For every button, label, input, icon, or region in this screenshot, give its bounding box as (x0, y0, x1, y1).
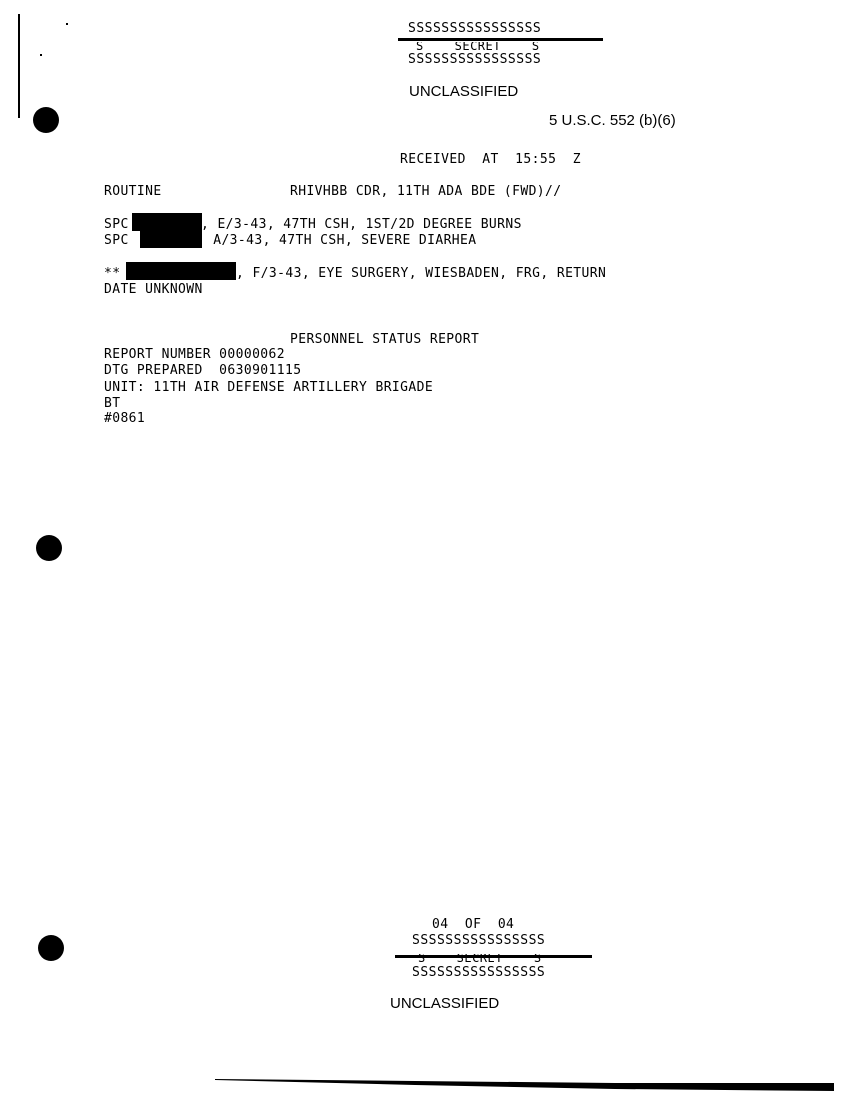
dtg-prepared: DTG PREPARED 0630901115 (104, 363, 301, 378)
unclassified-marking-top: UNCLASSIFIED (409, 83, 518, 100)
classification-s-line-top-footer: SSSSSSSSSSSSSSSS (412, 933, 545, 948)
punch-hole-bottom (38, 935, 64, 961)
classification-secret-struck: S SECRET S (416, 42, 540, 50)
scan-speck (66, 23, 68, 25)
received-time: RECEIVED AT 15:55 Z (400, 152, 581, 167)
entry-3-text: , F/3-43, EYE SURGERY, WIESBADEN, FRG, R… (236, 266, 606, 281)
entry-2-text: A/3-43, 47TH CSH, SEVERE DIARHEA (205, 233, 476, 248)
margin-scan-line (18, 14, 20, 118)
precedence: ROUTINE (104, 184, 162, 199)
unclassified-marking-bottom: UNCLASSIFIED (390, 995, 499, 1012)
foia-exemption-stamp: 5 U.S.C. 552 (b)(6) (549, 112, 676, 129)
page-number: 04 OF 04 (432, 917, 514, 932)
punch-hole-middle (36, 535, 62, 561)
punch-hole-top (33, 107, 59, 133)
entry-3-prefix: ** (104, 266, 120, 281)
strikethrough-bar-footer (395, 955, 592, 958)
classification-s-line-bottom-footer: SSSSSSSSSSSSSSSS (412, 965, 545, 980)
unit-line: UNIT: 11TH AIR DEFENSE ARTILLERY BRIGADE (104, 380, 433, 395)
message-serial: #0861 (104, 411, 145, 426)
routing-line: RHIVHBB CDR, 11TH ADA BDE (FWD)// (290, 184, 561, 199)
entry-1-text: , E/3-43, 47TH CSH, 1ST/2D DEGREE BURNS (201, 217, 522, 232)
entry-2-prefix: SPC (104, 233, 129, 248)
redaction-box (140, 229, 202, 248)
entry-3-continuation: DATE UNKNOWN (104, 282, 203, 297)
scan-edge-bar (215, 1075, 835, 1093)
break-marker: BT (104, 396, 120, 411)
entry-1-prefix: SPC (104, 217, 129, 232)
redaction-box (126, 262, 236, 280)
report-title: PERSONNEL STATUS REPORT (290, 332, 479, 347)
strikethrough-bar (398, 38, 603, 41)
classification-s-line-top: SSSSSSSSSSSSSSSS (408, 21, 541, 36)
scan-speck (40, 54, 42, 56)
classification-s-line-bottom: SSSSSSSSSSSSSSSS (408, 52, 541, 67)
report-number: REPORT NUMBER 00000062 (104, 347, 285, 362)
